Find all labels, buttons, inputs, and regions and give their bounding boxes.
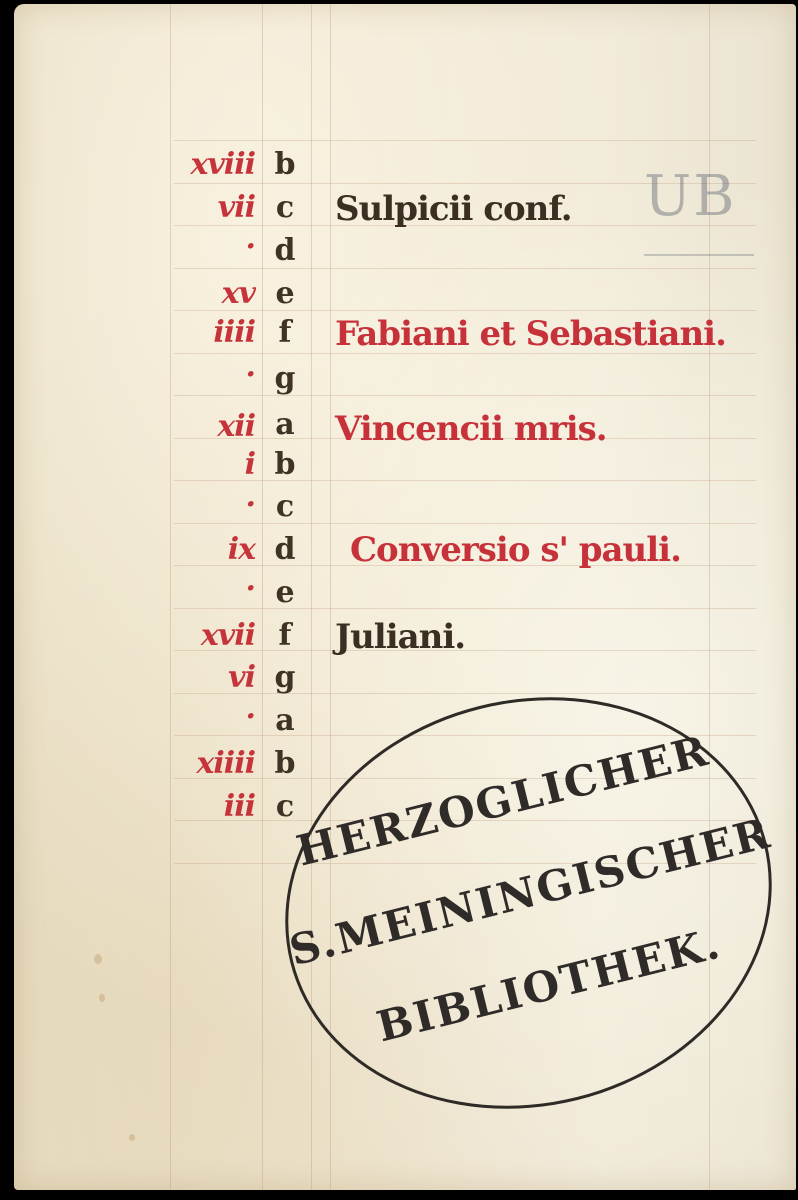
- dominical-letter: a: [270, 706, 300, 736]
- golden-number: ·: [165, 702, 255, 732]
- golden-number: xv: [165, 279, 255, 309]
- dominical-letter: d: [270, 535, 300, 565]
- calendar-entry: Sulpicii conf.: [335, 192, 572, 226]
- dominical-letter: b: [270, 150, 300, 180]
- dominical-letter: b: [270, 749, 300, 779]
- dominical-letter: g: [270, 364, 300, 394]
- golden-number: vii: [165, 193, 255, 223]
- dominical-letter: a: [270, 410, 300, 440]
- golden-number: iiii: [165, 318, 255, 348]
- dominical-letter: b: [270, 450, 300, 480]
- calendar-entry: Vincencii mris.: [335, 412, 607, 446]
- golden-number: ·: [165, 490, 255, 520]
- golden-number: ·: [165, 574, 255, 604]
- ruling-line: [174, 608, 756, 609]
- dominical-letter: f: [270, 318, 300, 348]
- golden-number: xvii: [165, 621, 255, 651]
- ruling-line: [174, 480, 756, 481]
- golden-number: i: [165, 450, 255, 480]
- ruling-line: [174, 140, 756, 141]
- dominical-letter: c: [270, 792, 300, 822]
- golden-number: xiiii: [165, 749, 255, 779]
- dominical-letter: e: [270, 578, 300, 608]
- dominical-letter: e: [270, 279, 300, 309]
- golden-number: xviii: [165, 150, 255, 180]
- calendar-entry: Juliani.: [335, 620, 465, 654]
- ruling-line: [174, 693, 756, 694]
- calendar-entry: Fabiani et Sebastiani.: [335, 317, 726, 351]
- golden-number: ·: [165, 360, 255, 390]
- golden-number: ix: [165, 535, 255, 565]
- ruling-line: [174, 268, 756, 269]
- dominical-letter: d: [270, 236, 300, 266]
- dominical-letter: f: [270, 621, 300, 651]
- calendar-entry: Conversio s' pauli.: [350, 533, 681, 567]
- golden-number: ·: [165, 232, 255, 262]
- ruling-line: [174, 310, 756, 311]
- stain: [99, 994, 105, 1002]
- dominical-letter: c: [270, 193, 300, 223]
- dominical-letter: c: [270, 492, 300, 522]
- golden-number: iii: [165, 792, 255, 822]
- stain: [94, 954, 102, 964]
- stain: [129, 1134, 135, 1141]
- ruling-line: [174, 523, 756, 524]
- golden-number: vi: [165, 663, 255, 693]
- dominical-letter: g: [270, 663, 300, 693]
- ghost-show-through-text: UB: [644, 164, 754, 256]
- golden-number: xii: [165, 412, 255, 442]
- ruling-line: [174, 395, 756, 396]
